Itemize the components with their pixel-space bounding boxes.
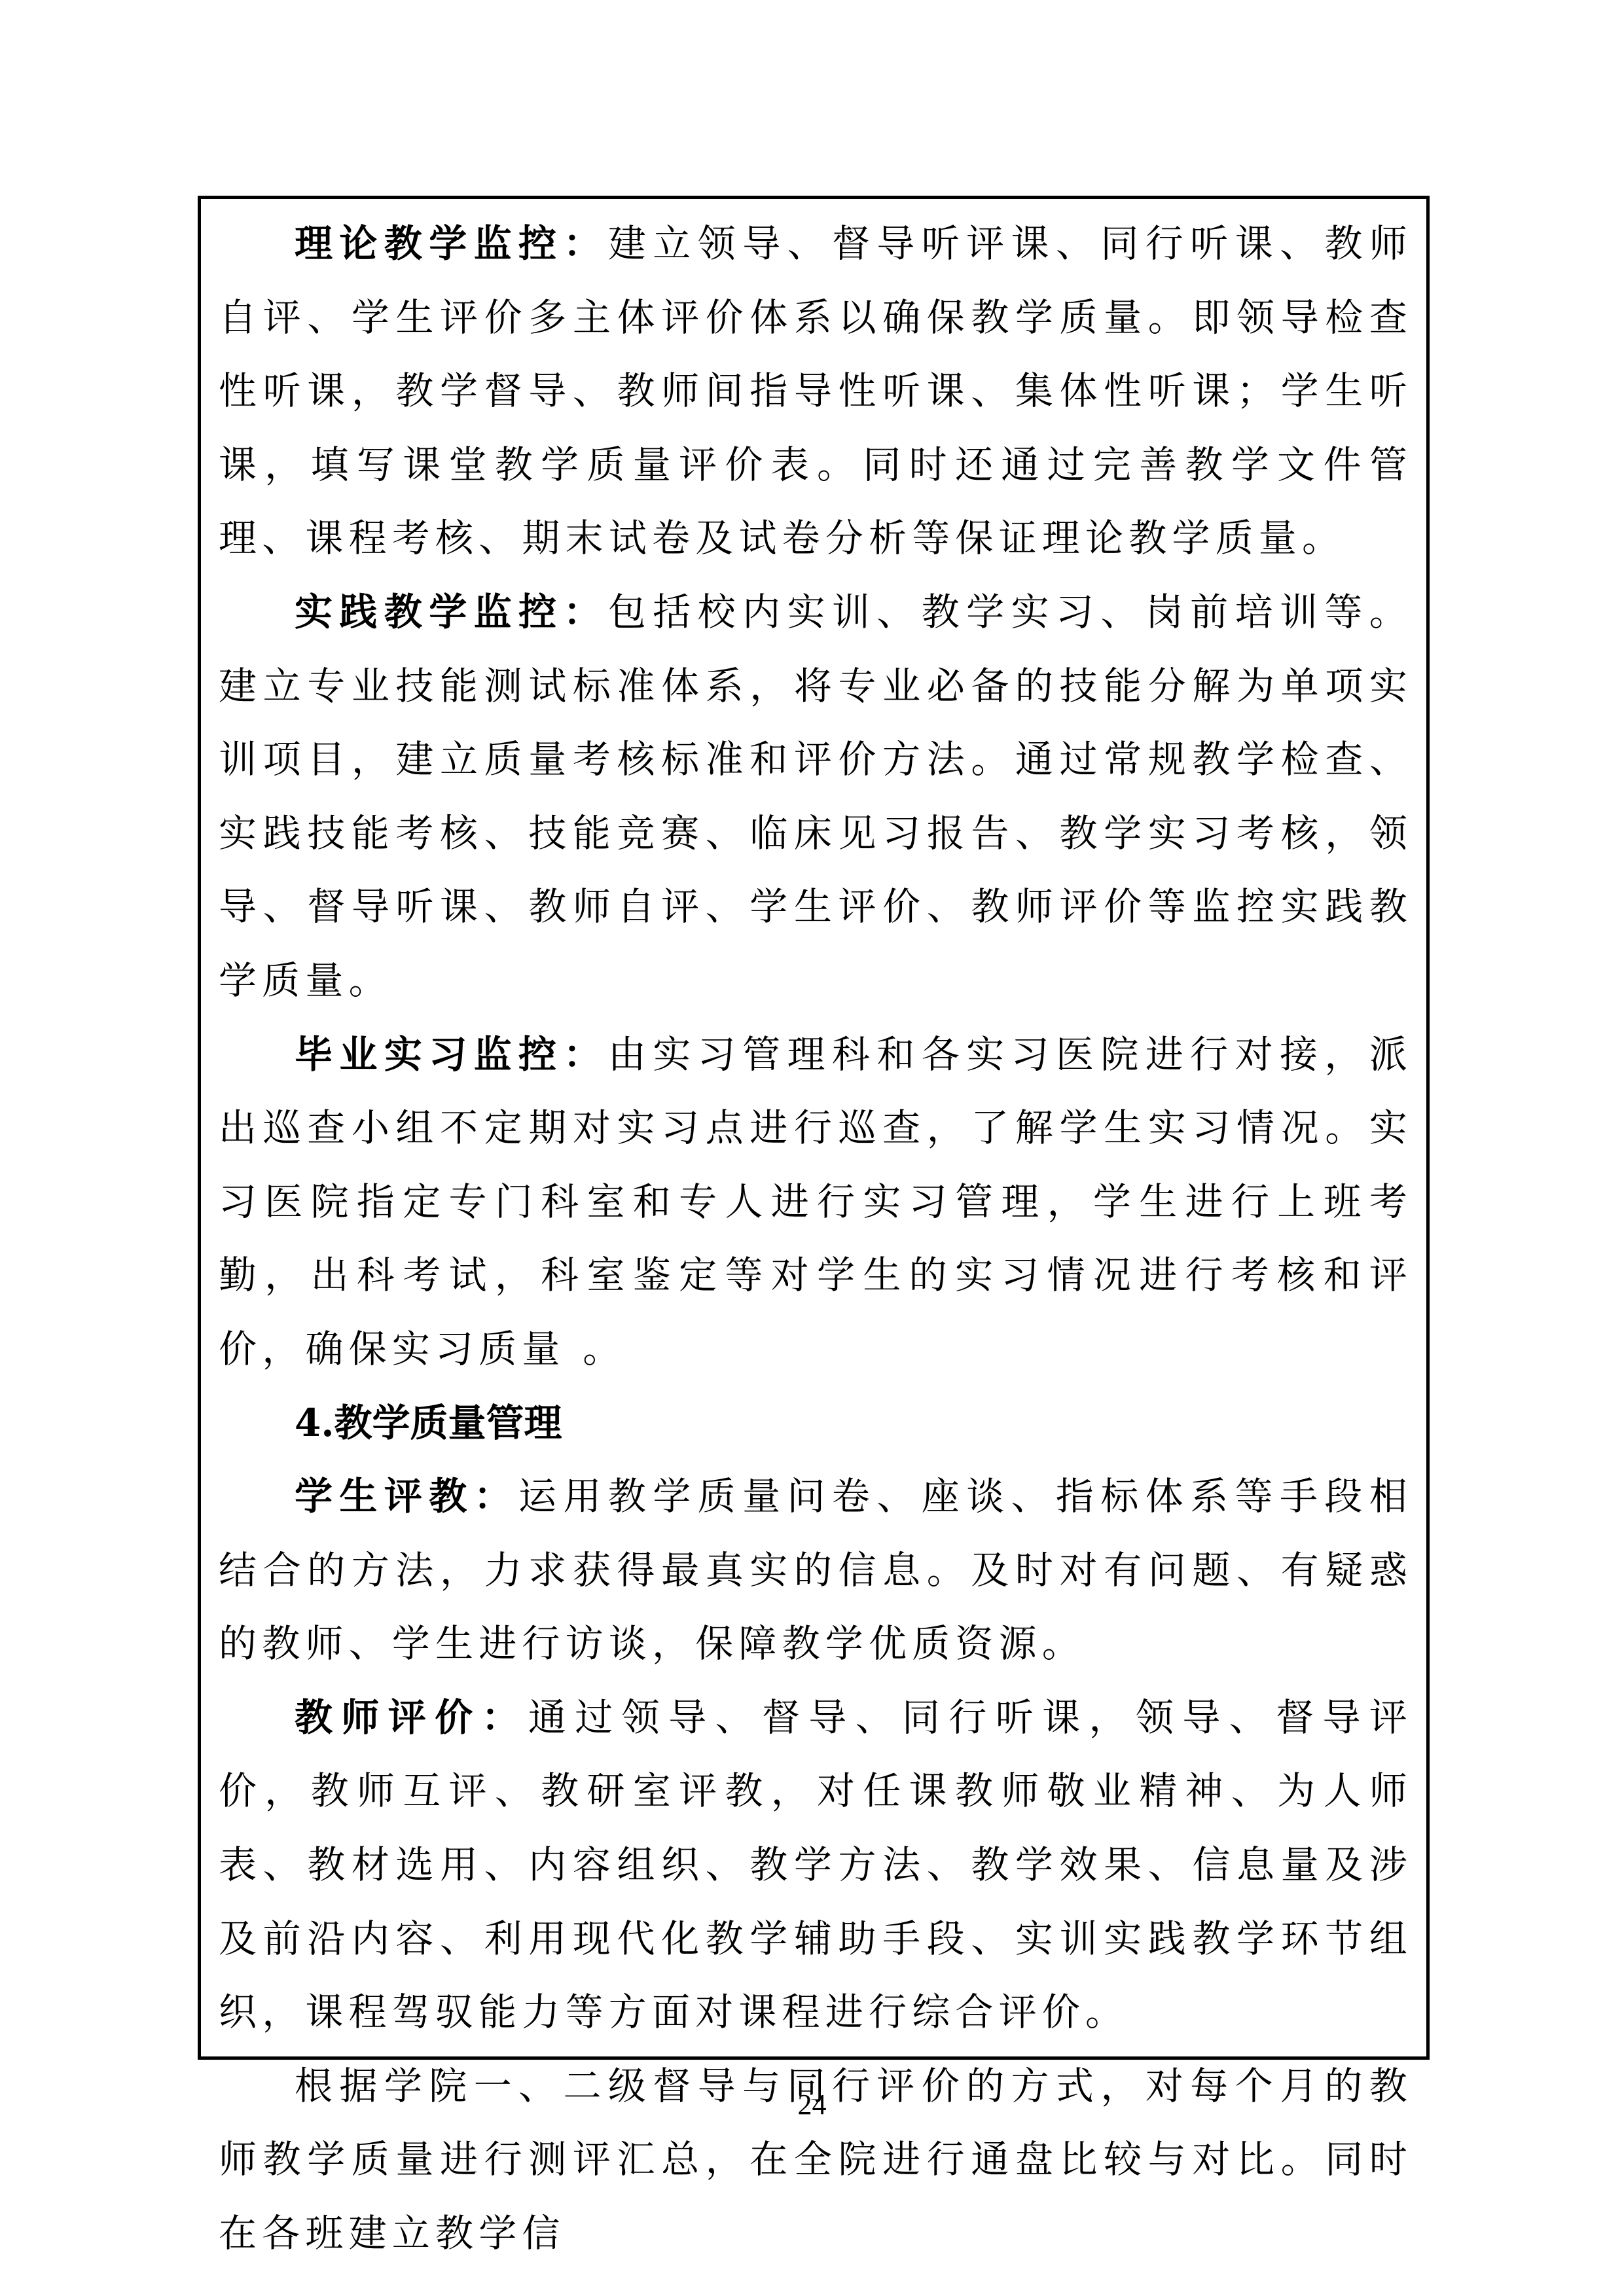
content-body: 理论教学监控：建立领导、督导听评课、同行听课、教师自评、学生评价多主体评价体系以… bbox=[219, 207, 1413, 2270]
paragraph-text: 建立领导、督导听评课、同行听课、教师自评、学生评价多主体评价体系以确保教学质量。… bbox=[219, 221, 1413, 560]
page-number: 24 bbox=[0, 2088, 1624, 2121]
paragraph-text: 包括校内实训、教学实习、岗前培训等。建立专业技能测试标准体系，将专业必备的技能分… bbox=[219, 590, 1413, 1003]
paragraph-label: 理论教学监控： bbox=[295, 221, 608, 266]
paragraph-practice-monitoring: 实践教学监控：包括校内实训、教学实习、岗前培训等。建立专业技能测试标准体系，将专… bbox=[219, 575, 1413, 1018]
content-frame: 理论教学监控：建立领导、督导听评课、同行听课、教师自评、学生评价多主体评价体系以… bbox=[198, 196, 1430, 2060]
paragraph-label: 学生评教： bbox=[295, 1474, 518, 1518]
paragraph-internship-monitoring: 毕业实习监控：由实习管理科和各实习医院进行对接，派出巡查小组不定期对实习点进行巡… bbox=[219, 1018, 1413, 1386]
paragraph-label: 毕业实习监控： bbox=[295, 1032, 608, 1077]
paragraph-label: 实践教学监控： bbox=[295, 590, 608, 634]
paragraph-label: 教师评价： bbox=[295, 1695, 528, 1740]
paragraph-closing: 根据学院一、二级督导与同行评价的方式，对每个月的教师教学质量进行测评汇总，在全院… bbox=[219, 2049, 1413, 2270]
paragraph-teacher-evaluation: 教师评价：通过领导、督导、同行听课，领导、督导评价，教师互评、教研室评教，对任课… bbox=[219, 1681, 1413, 2049]
paragraph-theory-monitoring: 理论教学监控：建立领导、督导听评课、同行听课、教师自评、学生评价多主体评价体系以… bbox=[219, 207, 1413, 575]
paragraph-text: 由实习管理科和各实习医院进行对接，派出巡查小组不定期对实习点进行巡查，了解学生实… bbox=[219, 1032, 1413, 1371]
paragraph-text: 通过领导、督导、同行听课，领导、督导评价，教师互评、教研室评教，对任课教师敬业精… bbox=[219, 1695, 1413, 2034]
section-heading: 4.教学质量管理 bbox=[219, 1386, 1413, 1460]
paragraph-student-evaluation: 学生评教：运用教学质量问卷、座谈、指标体系等手段相结合的方法，力求获得最真实的信… bbox=[219, 1460, 1413, 1681]
